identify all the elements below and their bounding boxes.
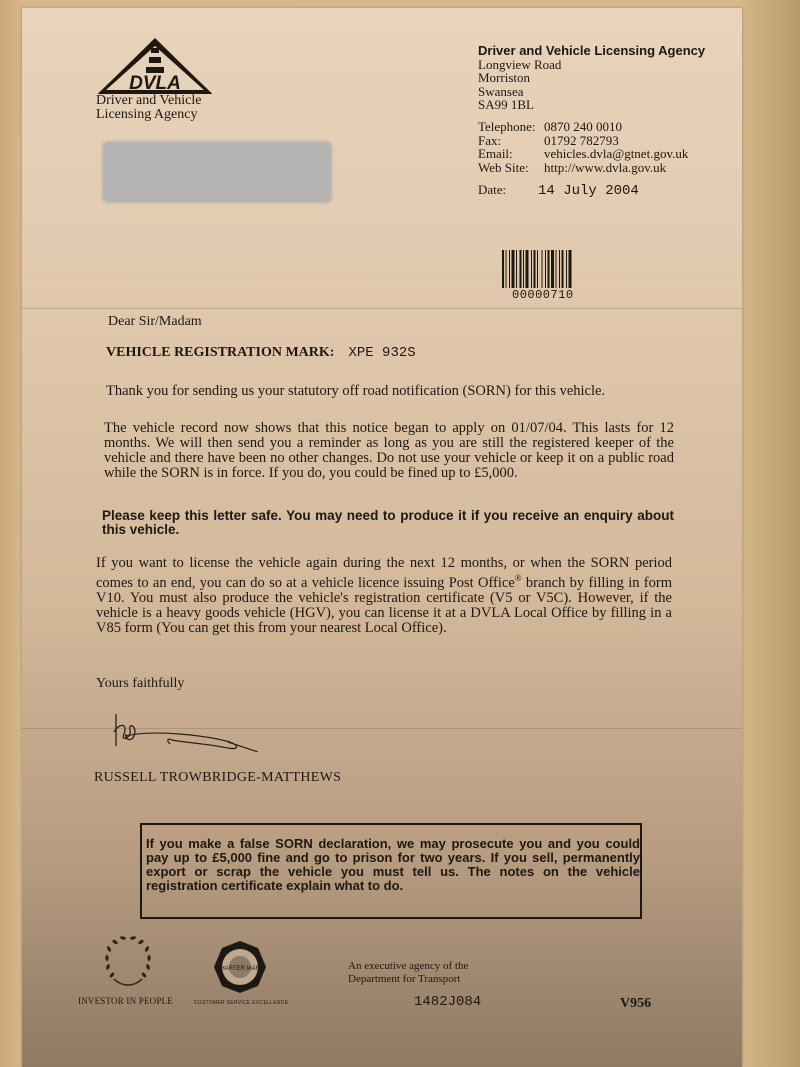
address-postcode: SA99 1BL xyxy=(478,98,705,112)
signer-name: RUSSELL TROWBRIDGE-MATTHEWS xyxy=(94,770,341,786)
closing: Yours faithfully xyxy=(96,676,184,692)
registered-mark: ® xyxy=(515,573,522,583)
contact-email: Email: vehicles.dvla@gtnet.gov.uk xyxy=(478,147,688,161)
sender-org: Driver and Vehicle Licensing Agency xyxy=(478,44,705,58)
logo-caption-line: Driver and Vehicle xyxy=(96,94,201,108)
contact-value: http://www.dvla.gov.uk xyxy=(544,161,666,175)
address-line: Swansea xyxy=(478,85,705,99)
paragraph-intro: Thank you for sending us your statutory … xyxy=(106,383,686,400)
contact-label: Telephone: xyxy=(478,120,544,134)
svg-text:CHARTER MARK: CHARTER MARK xyxy=(216,966,264,972)
greeting: Dear Sir/Madam xyxy=(108,314,202,330)
agency-statement: An executive agency of the Department fo… xyxy=(348,960,468,986)
logo-caption-line: Licensing Agency xyxy=(96,108,201,122)
contact-value: 0870 240 0010 xyxy=(544,120,622,134)
registration-mark: VEHICLE REGISTRATION MARK: XPE 932S xyxy=(106,345,416,361)
registration-label: VEHICLE REGISTRATION MARK: xyxy=(106,345,334,361)
dvla-logo-icon: DVLA xyxy=(96,36,214,96)
barcode-number: 00000710 xyxy=(512,288,574,302)
contact-label: Web Site: xyxy=(478,161,544,175)
investors-in-people-label: INVESTOR IN PEOPLE xyxy=(78,996,173,1006)
contact-website: Web Site: http://www.dvla.gov.uk xyxy=(478,161,688,175)
paragraph-sorn-details: The vehicle record now shows that this n… xyxy=(104,421,674,481)
address-line: Longview Road xyxy=(478,58,705,72)
contact-telephone: Telephone: 0870 240 0010 xyxy=(478,120,688,134)
contact-fax: Fax: 01792 782793 xyxy=(478,134,688,148)
signature-icon xyxy=(110,712,260,752)
reference-number: 1482J084 xyxy=(414,994,481,1010)
paragraph-relicense: If you want to license the vehicle again… xyxy=(96,556,672,636)
agency-line: Department for Transport xyxy=(348,973,468,986)
contact-value: vehicles.dvla@gtnet.gov.uk xyxy=(544,147,688,161)
warning-text: If you make a false SORN declaration, we… xyxy=(146,837,640,893)
form-code: V956 xyxy=(620,996,651,1012)
contact-label: Email: xyxy=(478,147,544,161)
address-line: Morriston xyxy=(478,71,705,85)
letter-date: Date: 14 July 2004 xyxy=(478,182,639,199)
fold-line xyxy=(22,308,742,309)
date-label: Date: xyxy=(478,182,538,198)
investors-in-people-wreath-icon xyxy=(100,935,156,989)
contact-value: 01792 782793 xyxy=(544,134,619,148)
svg-text:DVLA: DVLA xyxy=(129,73,181,94)
paragraph-keep-safe: Please keep this letter safe. You may ne… xyxy=(102,509,674,537)
contact-label: Fax: xyxy=(478,134,544,148)
contact-block: Telephone: 0870 240 0010 Fax: 01792 7827… xyxy=(478,120,688,174)
agency-line: An executive agency of the xyxy=(348,960,468,973)
logo-caption: Driver and Vehicle Licensing Agency xyxy=(96,94,201,122)
charter-mark-icon: CHARTER MARK xyxy=(213,940,267,994)
sender-address: Driver and Vehicle Licensing Agency Long… xyxy=(478,44,705,112)
redacted-recipient-address xyxy=(102,141,332,203)
charter-mark-caption: CUSTOMER SERVICE EXCELLENCE xyxy=(194,1000,288,1006)
barcode-icon xyxy=(502,250,600,288)
date-value: 14 July 2004 xyxy=(538,183,639,199)
registration-value: XPE 932S xyxy=(348,345,415,361)
